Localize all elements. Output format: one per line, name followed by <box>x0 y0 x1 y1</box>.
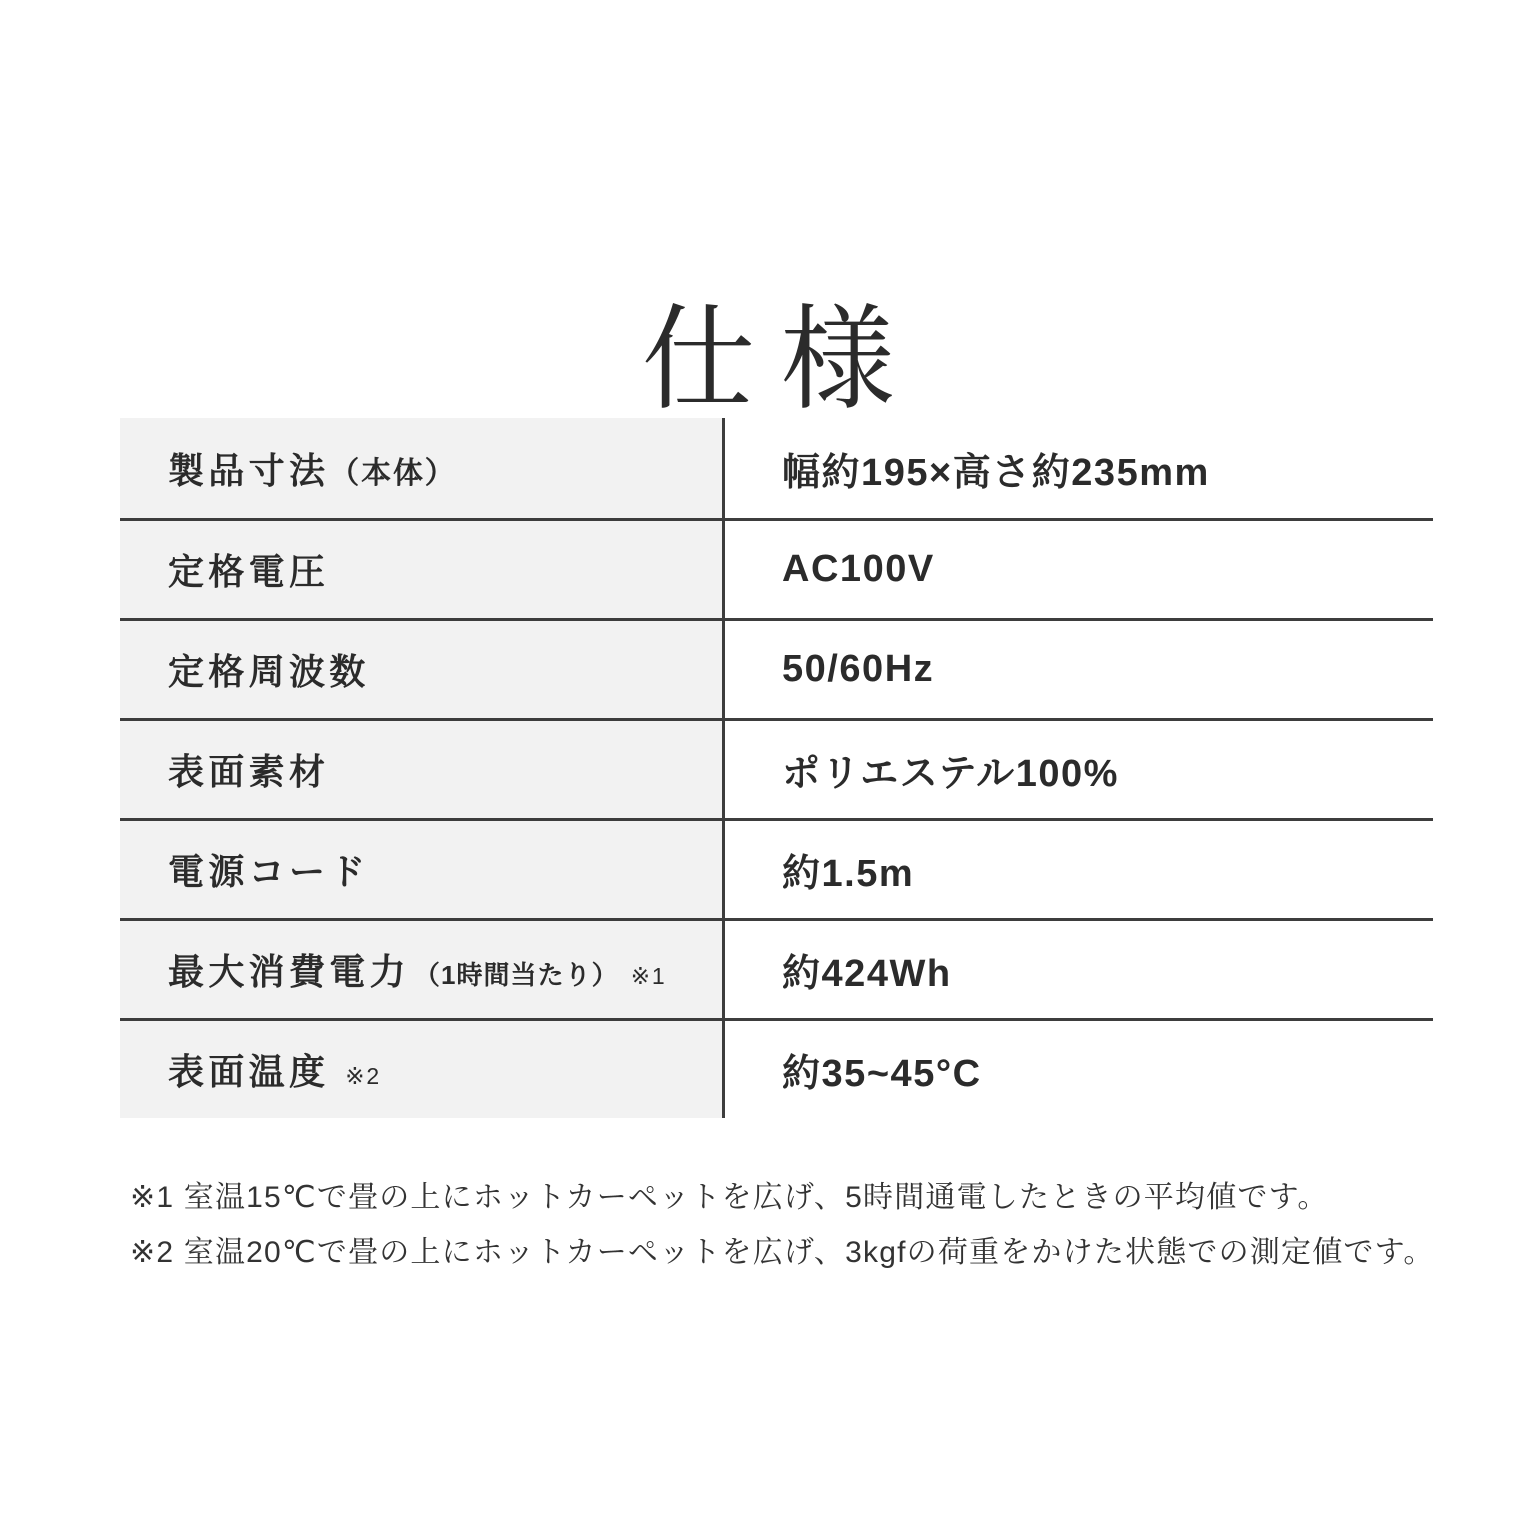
table-row: 製品寸法（本体） 幅約195×高さ約235mm <box>120 418 1433 518</box>
spec-value-cell: 約35~45°C <box>725 1021 1433 1118</box>
spec-value-cell: 50/60Hz <box>725 621 1433 718</box>
table-row: 表面温度※2 約35~45°C <box>120 1018 1433 1118</box>
spec-label-paren: （1時間当たり） <box>414 960 619 990</box>
spec-value-cell: ポリエステル100% <box>725 721 1433 818</box>
spec-label: 最大消費電力（1時間当たり）※1 <box>168 944 666 995</box>
spec-value: 50/60Hz <box>782 648 934 691</box>
spec-label-note: ※1 <box>631 963 667 989</box>
spec-value: 約35~45°C <box>782 1042 982 1097</box>
spec-label-cell: 表面温度※2 <box>120 1021 725 1118</box>
table-row: 定格周波数 50/60Hz <box>120 618 1433 718</box>
spec-value-cell: 約424Wh <box>725 921 1433 1018</box>
spec-label-paren: （本体） <box>329 457 456 490</box>
table-row: 最大消費電力（1時間当たり）※1 約424Wh <box>120 918 1433 1018</box>
spec-label-cell: 製品寸法（本体） <box>120 418 725 518</box>
spec-label: 電源コード <box>168 844 382 895</box>
spec-value-cell: AC100V <box>725 521 1433 618</box>
table-row: 定格電圧 AC100V <box>120 518 1433 618</box>
spec-label-note: ※2 <box>345 1063 381 1089</box>
spec-value: AC100V <box>782 548 935 591</box>
spec-label: 製品寸法（本体） <box>168 443 468 494</box>
spec-label-cell: 表面素材 <box>120 721 725 818</box>
spec-value: ポリエステル100% <box>782 742 1119 797</box>
spec-table: 製品寸法（本体） 幅約195×高さ約235mm 定格電圧 AC100V 定格周波… <box>120 418 1433 1118</box>
spec-label: 定格電圧 <box>168 544 341 595</box>
spec-value: 約424Wh <box>782 942 952 997</box>
footnotes: ※1 室温15℃で畳の上にホットカーペットを広げ、5時間通電したときの平均値です… <box>130 1170 1490 1280</box>
spec-value-cell: 約1.5m <box>725 821 1433 918</box>
table-row: 電源コード 約1.5m <box>120 818 1433 918</box>
footnote: ※2 室温20℃で畳の上にホットカーペットを広げ、3kgfの荷重をかけた状態での… <box>130 1225 1490 1280</box>
table-row: 表面素材 ポリエステル100% <box>120 718 1433 818</box>
spec-label-cell: 定格周波数 <box>120 621 725 718</box>
spec-label-cell: 電源コード <box>120 821 725 918</box>
spec-label-cell: 定格電圧 <box>120 521 725 618</box>
spec-label-cell: 最大消費電力（1時間当たり）※1 <box>120 921 725 1018</box>
spec-value-cell: 幅約195×高さ約235mm <box>725 418 1433 518</box>
spec-label: 表面素材 <box>168 744 341 795</box>
spec-value: 幅約195×高さ約235mm <box>782 441 1210 496</box>
page-title: 仕様 <box>0 304 1536 418</box>
spec-value: 約1.5m <box>782 842 914 897</box>
footnote: ※1 室温15℃で畳の上にホットカーペットを広げ、5時間通電したときの平均値です… <box>130 1170 1490 1225</box>
spec-label: 定格周波数 <box>168 644 382 695</box>
spec-label: 表面温度※2 <box>168 1044 381 1095</box>
